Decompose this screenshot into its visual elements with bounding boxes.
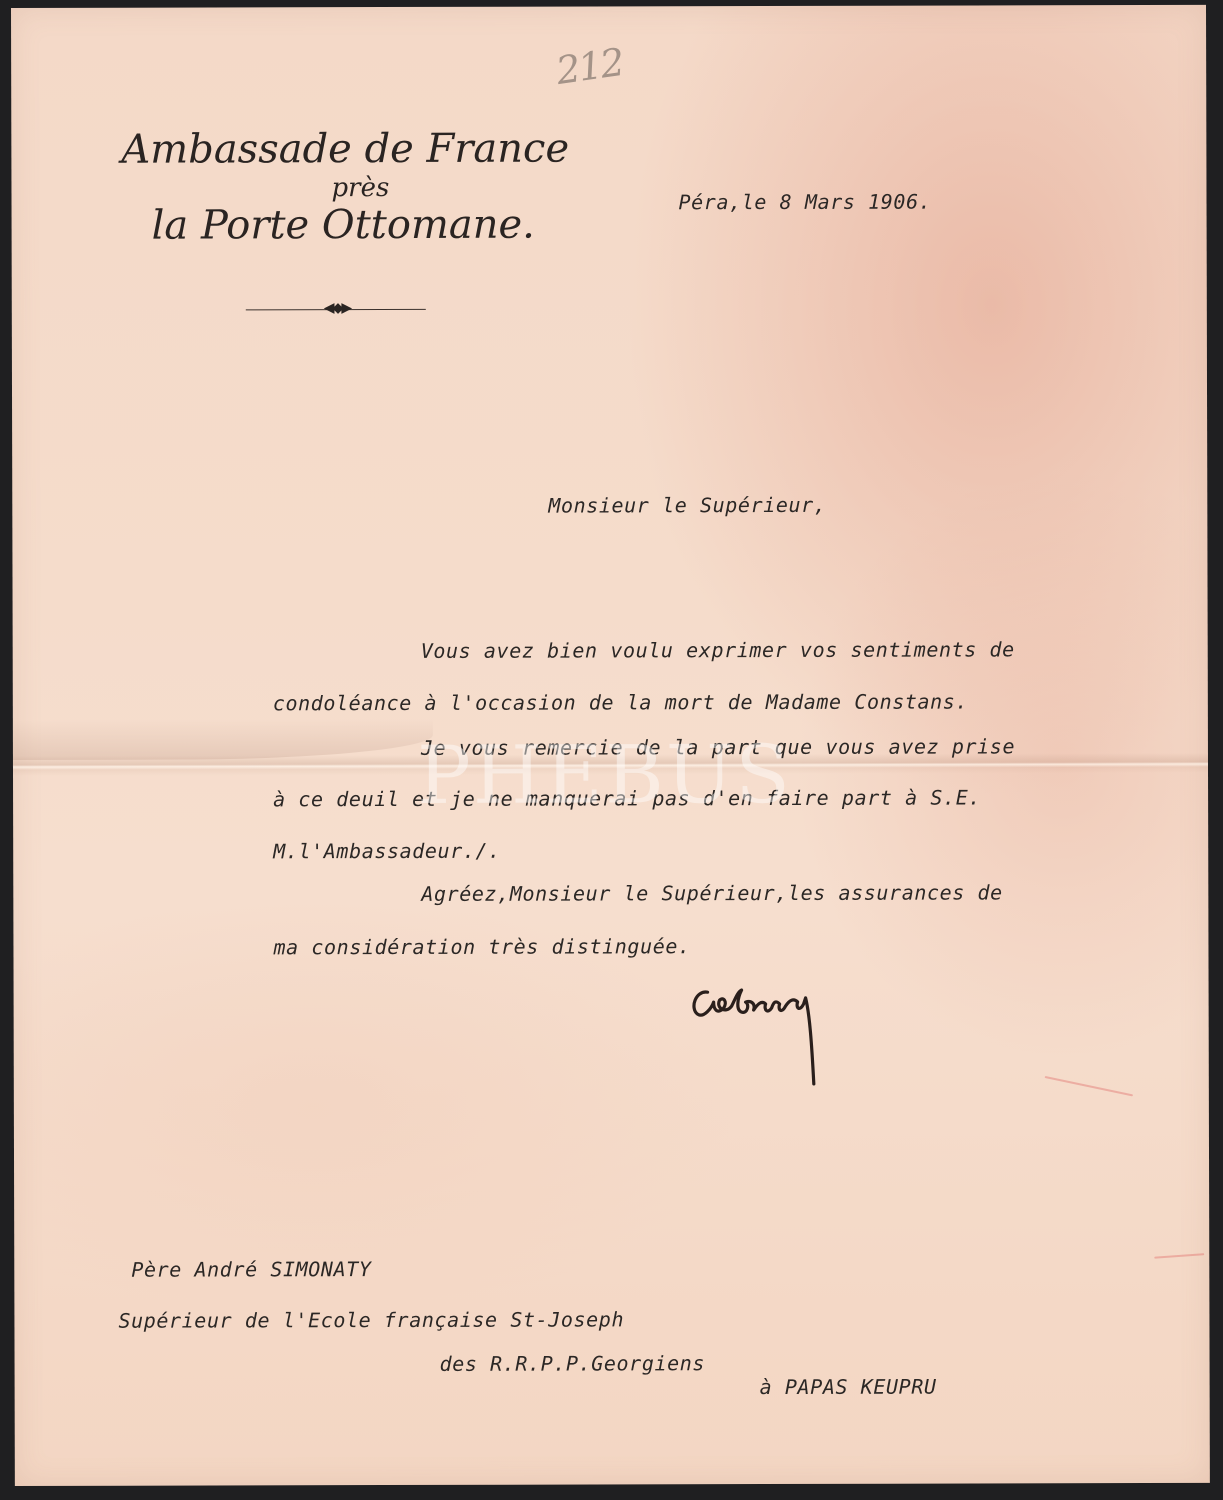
addressee-title: Supérieur de l'Ecole française St-Joseph (118, 1307, 624, 1332)
body-line: condoléance à l'occasion de la mort de M… (273, 689, 968, 715)
body-line: M.l'Ambassadeur./. (273, 839, 501, 864)
body-line: Agréez,Monsieur le Supérieur,les assuran… (421, 880, 1003, 906)
ornament-icon: ◀◆▶ (324, 300, 350, 316)
body-line: à ce deuil et je ne manquerai pas d'en f… (273, 785, 981, 811)
body-line: ma considération très distinguée. (273, 934, 690, 959)
body-line: Vous avez bien voulu exprimer vos sentim… (421, 637, 1015, 663)
archive-number: 212 (553, 40, 625, 93)
addressee-order: des R.R.P.P.Georgiens (440, 1351, 706, 1376)
addressee-name: Père André SIMONATY (131, 1257, 371, 1282)
letterhead: Ambassade de France près la Porte Ottoma… (97, 127, 557, 248)
letter-paper: 212 Ambassade de France près la Porte Ot… (11, 5, 1210, 1486)
salutation: Monsieur le Supérieur, (548, 493, 826, 518)
body-line: Je vous remercie de la part que vous ave… (421, 734, 1015, 760)
date-line: Péra,le 8 Mars 1906. (678, 190, 931, 215)
signature (686, 974, 836, 1094)
addressee-location: à PAPAS KEUPRU (760, 1375, 937, 1399)
red-stain (1045, 1076, 1133, 1096)
letterhead-line-3: la Porte Ottomane. (152, 203, 558, 248)
fold-shadow (13, 719, 433, 760)
red-stain (1154, 1253, 1204, 1259)
letterhead-line-1: Ambassade de France (121, 127, 557, 172)
letterhead-line-2: près (331, 173, 557, 204)
